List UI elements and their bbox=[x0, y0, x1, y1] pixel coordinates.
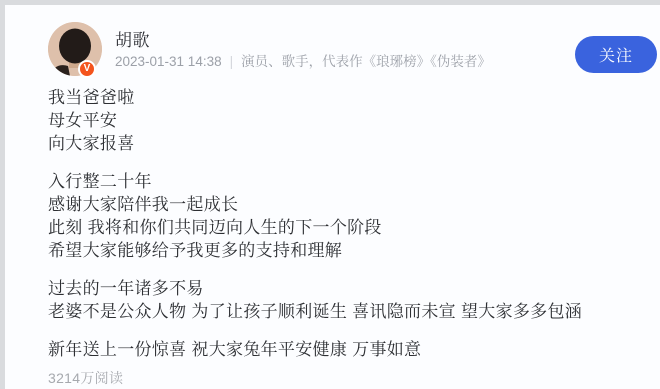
post-line: 入行整二十年 bbox=[48, 170, 608, 193]
post-paragraph: 新年送上一份惊喜 祝大家兔年平安健康 万事如意 bbox=[48, 338, 608, 361]
post-paragraph: 过去的一年诸多不易老婆不是公众人物 为了让孩子顺利诞生 喜讯隐而未宣 望大家多多… bbox=[48, 277, 608, 323]
post-meta: 2023-01-31 14:38|演员、歌手，代表作《琅琊榜》《伪装者》 bbox=[115, 50, 491, 70]
follow-button[interactable]: 关注 bbox=[575, 36, 657, 73]
post-line: 母女平安 bbox=[48, 109, 608, 132]
post-line: 老婆不是公众人物 为了让孩子顺利诞生 喜讯隐而未宣 望大家多多包涵 bbox=[48, 300, 608, 323]
post-line: 此刻 我将和你们共同迈向人生的下一个阶段 bbox=[48, 216, 608, 239]
weibo-post-page: V 胡歌 2023-01-31 14:38|演员、歌手，代表作《琅琊榜》《伪装者… bbox=[0, 0, 660, 389]
post-line: 感谢大家陪伴我一起成长 bbox=[48, 193, 608, 216]
post-card: V 胡歌 2023-01-31 14:38|演员、歌手，代表作《琅琊榜》《伪装者… bbox=[5, 5, 660, 389]
post-content: 我当爸爸啦母女平安向大家报喜入行整二十年感谢大家陪伴我一起成长此刻 我将和你们共… bbox=[48, 86, 608, 376]
post-line: 向大家报喜 bbox=[48, 132, 608, 155]
user-name[interactable]: 胡歌 bbox=[115, 26, 150, 51]
post-line: 过去的一年诸多不易 bbox=[48, 277, 608, 300]
post-line: 新年送上一份惊喜 祝大家兔年平安健康 万事如意 bbox=[48, 338, 608, 361]
read-count: 3214万阅读 bbox=[48, 368, 123, 388]
verified-badge-icon: V bbox=[78, 60, 96, 78]
post-line: 我当爸爸啦 bbox=[48, 86, 608, 109]
meta-separator: | bbox=[230, 54, 234, 69]
post-timestamp: 2023-01-31 14:38 bbox=[115, 54, 222, 69]
post-paragraph: 我当爸爸啦母女平安向大家报喜 bbox=[48, 86, 608, 155]
post-paragraph: 入行整二十年感谢大家陪伴我一起成长此刻 我将和你们共同迈向人生的下一个阶段希望大… bbox=[48, 170, 608, 262]
user-description: 演员、歌手，代表作《琅琊榜》《伪装者》 bbox=[241, 54, 491, 69]
post-line: 希望大家能够给予我更多的支持和理解 bbox=[48, 239, 608, 262]
